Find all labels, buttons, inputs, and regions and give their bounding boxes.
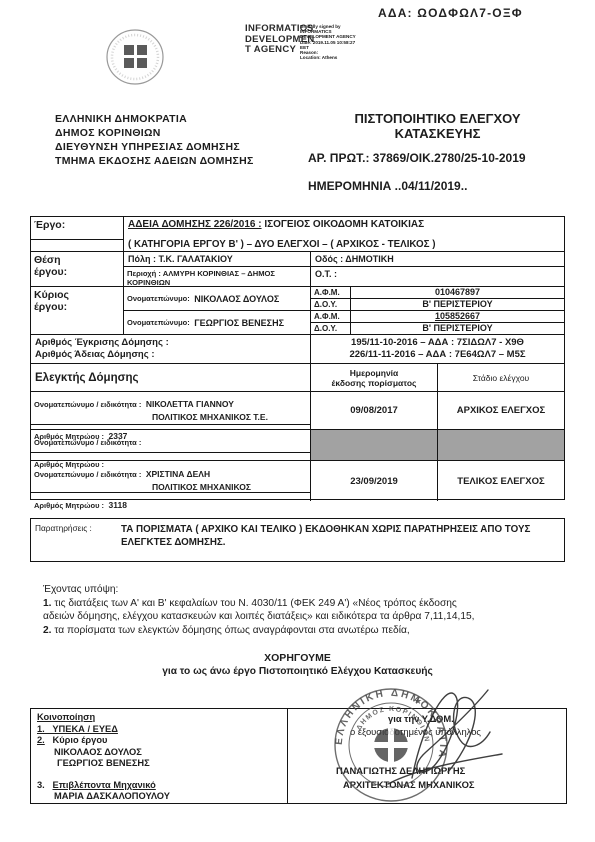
inspection-date-empty: [311, 430, 438, 460]
row-owner: Κύριος έργου: Ονοματεπώνυμο: ΝΙΚΟΛΑΟΣ ΔΟ…: [31, 286, 564, 334]
project-table: Έργο: ΑΔΕΙΑ ΔΟΜΗΣΗΣ 226/2016 : ΙΣΟΓΕΙΟΣ …: [30, 216, 565, 500]
registry-value: 3118: [108, 500, 126, 510]
letterhead-line: ΤΜΗΜΑ ΕΚΔΟΣΗΣ ΑΔΕΙΩΝ ΔΟΜΗΣΗΣ: [55, 154, 254, 168]
inspection-stage: ΑΡΧΙΚΟΣ ΕΛΕΓΧΟΣ: [438, 392, 564, 429]
stage-col-header: Στάδιο ελέγχου: [438, 364, 564, 391]
street-value: Οδός : ΔΗΜΟΤΙΚΗ: [311, 252, 564, 266]
license-value: 226/11-11-2016 – ΑΔΑ : 7Ε64ΩΛ7 – Μ5Σ: [313, 349, 562, 361]
distribution-item: 2. Κύριο έργου: [37, 735, 281, 747]
distribution-owner: ΓΕΩΡΓΙΟΣ ΒΕΝΕΣΗΣ: [57, 758, 281, 770]
approval-label: Αριθμός Έγκρισης Δόμησης :: [35, 337, 306, 349]
distribution-owner: ΝΙΚΟΛΑΟΣ ΔΟΥΛΟΣ: [54, 747, 281, 759]
letterhead-line: ΕΛΛΗΝΙΚΗ ΔΗΜΟΚΡΑΤΙΑ: [55, 112, 254, 126]
date-col-header: Ημερομηνία: [311, 368, 437, 378]
considerations-item: 2. τα πορίσματα των ελεγκτών δόμησης όπω…: [43, 624, 568, 638]
item-text: Κύριο έργου: [53, 735, 108, 745]
distribution-item: 1. ΥΠΕΚΑ / ΕΥΕΔ: [37, 724, 281, 736]
inspection-stage-empty: [438, 430, 564, 460]
handwritten-signature: [360, 680, 510, 795]
remarks-box: Παρατηρήσεις : ΤΑ ΠΟΡΙΣΜΑΤΑ ( ΑΡΧΙΚΟ ΚΑΙ…: [30, 518, 565, 562]
afm-label: Α.Φ.Μ.: [311, 311, 351, 322]
block-value: Ο.Τ. :: [311, 267, 564, 289]
letterhead: ΕΛΛΗΝΙΚΗ ΔΗΜΟΚΡΑΤΙΑ ΔΗΜΟΣ ΚΟΡΙΝΘΙΩΝ ΔΙΕΥ…: [55, 112, 254, 168]
permit-number: ΑΔΕΙΑ ΔΟΜΗΣΗΣ 226/2016 :: [128, 219, 262, 230]
inspector-name-label: Ονοματεπώνυμο / ειδικότητα :: [34, 470, 141, 479]
inspector-name: ΧΡΙΣΤΙΝΑ ΔΕΛΗ: [146, 469, 210, 479]
owner-label-cell: Κύριος έργου:: [31, 287, 124, 334]
row-location: Θέση έργου: Πόλη : Τ.Κ. ΓΑΛΑΤΑΚΙΟΥ Οδός …: [31, 251, 564, 286]
sig-line: DEVELOPMENT AGENCY: [300, 34, 356, 39]
row-approvals: Αριθμός Έγκρισης Δόμησης : Αριθμός Άδεια…: [31, 334, 564, 363]
inspection-stage: ΤΕΛΙΚΟΣ ΕΛΕΓΧΟΣ: [438, 461, 564, 501]
permit-line: ΑΔΕΙΑ ΔΟΜΗΣΗΣ 226/2016 : ΙΣΟΓΕΙΟΣ ΟΙΚΟΔΟ…: [128, 219, 560, 230]
doy-label: Δ.Ο.Υ.: [311, 323, 351, 334]
item-text: Επιβλέποντα Μηχανικό: [53, 780, 156, 790]
inspector-specialty: ΠΟΛΙΤΙΚΟΣ ΜΗΧΑΝΙΚΟΣ: [152, 482, 307, 492]
remarks-line: ΤΑ ΠΟΡΙΣΜΑΤΑ ( ΑΡΧΙΚΟ ΚΑΙ ΤΕΛΙΚΟ ) ΕΚΔΟΘ…: [121, 523, 560, 536]
remarks-line: ΕΛΕΓΚΤΕΣ ΔΟΜΗΣΗΣ.: [121, 536, 560, 549]
inspection-date: 23/09/2019: [311, 461, 438, 501]
item-text: τις διατάξεις των Α' και Β' κεφαλαίων το…: [54, 598, 456, 609]
afm-label: Α.Φ.Μ.: [311, 287, 351, 298]
city-value: Πόλη : Τ.Κ. ΓΑΛΑΤΑΚΙΟΥ: [124, 252, 311, 266]
date-col-header: έκδοσης πορίσματος: [311, 378, 437, 388]
doy-value: Β' ΠΕΡΙΣΤΕΡΙΟΥ: [351, 323, 564, 334]
considerations-item: 1. τις διατάξεις των Α' και Β' κεφαλαίων…: [43, 597, 568, 611]
inspector-name-label: Ονοματεπώνυμο / ειδικότητα :: [34, 438, 141, 447]
inspector-specialty: ΠΟΛΙΤΙΚΟΣ ΜΗΧΑΝΙΚΟΣ Τ.Ε.: [152, 412, 307, 422]
considerations: Έχοντας υπόψη: 1. τις διατάξεις των Α' κ…: [43, 583, 568, 637]
owner-1: Ονοματεπώνυμο: ΝΙΚΟΛΑΟΣ ΔΟΥΛΟΣ Α.Φ.Μ. 01…: [124, 287, 564, 310]
location-label-cell: Θέση έργου:: [31, 252, 124, 286]
registry-label: Αριθμός Μητρώου :: [34, 501, 104, 510]
distribution-item: 3. Επιβλέποντα Μηχανικό: [37, 780, 281, 792]
inspector-name: ΝΙΚΟΛΕΤΤΑ ΓΙΑΝΝΟΥ: [146, 399, 234, 409]
protocol-number: ΑΡ. ΠΡΩΤ.: 37869/ΟΙΚ.2780/25-10-2019: [308, 151, 526, 165]
project-label-cell: Έργο:: [31, 217, 124, 251]
license-label: Αριθμός Άδειας Δόμησης :: [35, 349, 306, 361]
inspector-name-label: Ονοματεπώνυμο / ειδικότητα :: [34, 400, 141, 409]
remarks-label: Παρατηρήσεις :: [31, 519, 119, 561]
document-page: ΑΔΑ: ΩΟΔΦΩΛ7-ΟΞΦ INFORMATICS DEVELOPMEN …: [0, 0, 595, 842]
item-number: 3.: [37, 780, 45, 790]
owner-label: έργου:: [34, 301, 120, 313]
approval-value: 195/11-10-2016 – ΑΔΑ : 7ΣΙΔΩΛ7 - Χ9Θ: [313, 337, 562, 349]
considerations-item: αδειών δόμησης, ελέγχου κατασκευών και λ…: [43, 610, 568, 624]
project-label: Έργο:: [31, 217, 123, 240]
inspector-row-1: Ονοματεπώνυμο / ειδικότητα : ΝΙΚΟΛΕΤΤΑ Γ…: [31, 391, 564, 429]
doy-label: Δ.Ο.Υ.: [311, 299, 351, 310]
owner-name: ΝΙΚΟΛΑΟΣ ΔΟΥΛΟΣ: [194, 294, 279, 304]
area-value: Περιοχή : ΑΛΜΥΡΗ ΚΟΡΙΝΘΙΑΣ – ΔΗΜΟΣ ΚΟΡΙΝ…: [124, 267, 311, 289]
distribution-title: Κοινοποίηση: [37, 712, 281, 724]
doy-value: Β' ΠΕΡΙΣΤΕΡΙΟΥ: [351, 299, 564, 310]
owner-name-label: Ονοματεπώνυμο:: [127, 318, 190, 327]
item-number: 1.: [43, 598, 52, 609]
row-project: Έργο: ΑΔΕΙΑ ΔΟΜΗΣΗΣ 226/2016 : ΙΣΟΓΕΙΟΣ …: [31, 217, 564, 251]
sig-line: Location: Athens: [300, 55, 356, 60]
document-title: ΠΙΣΤΟΠΟΙΗΤΙΚΟ ΕΛΕΓΧΟΥ ΚΑΤΑΣΚΕΥΗΣ: [305, 111, 570, 141]
location-label: έργου:: [34, 266, 120, 278]
location-label: Θέση: [34, 254, 120, 266]
letterhead-line: ΔΗΜΟΣ ΚΟΡΙΝΘΙΩΝ: [55, 126, 254, 140]
title-line: ΠΙΣΤΟΠΟΙΗΤΙΚΟ ΕΛΕΓΧΟΥ: [305, 111, 570, 126]
owner-2: Ονοματεπώνυμο: ΓΕΩΡΓΙΟΣ ΒΕΝΕΣΗΣ Α.Φ.Μ. 1…: [124, 310, 564, 334]
owner-name: ΓΕΩΡΓΙΟΣ ΒΕΝΕΣΗΣ: [194, 318, 284, 328]
permit-description: ΙΣΟΓΕΙΟΣ ΟΙΚΟΔΟΜΗ ΚΑΤΟΙΚΙΑΣ: [262, 219, 425, 230]
owner-name-label: Ονοματεπώνυμο:: [127, 294, 190, 303]
inspectors-header: Ελεγκτής Δόμησης Ημερομηνία έκδοσης πορί…: [31, 363, 564, 391]
inspector-col-header: Ελεγκτής Δόμησης: [31, 364, 311, 391]
distribution-box: Κοινοποίηση 1. ΥΠΕΚΑ / ΕΥΕΔ 2. Κύριο έργ…: [31, 709, 288, 803]
distribution-engineer: ΜΑΡΙΑ ΔΑΣΚΑΛΟΠΟΥΛΟΥ: [54, 791, 281, 803]
item-text: τα πορίσματα των ελεγκτών δόμησης όπως α…: [54, 625, 409, 636]
title-line: ΚΑΤΑΣΚΕΥΗΣ: [305, 126, 570, 141]
item-number: 2.: [37, 735, 45, 745]
letterhead-line: ΔΙΕΥΘΥΝΣΗ ΥΠΗΡΕΣΙΑΣ ΔΟΜΗΣΗΣ: [55, 140, 254, 154]
digital-signature-details: Digitally signed by INFORMATICS DEVELOPM…: [300, 24, 356, 60]
afm-value: 105852667: [351, 311, 564, 322]
inspector-row-2: Ονοματεπώνυμο / ειδικότητα : Αριθμός Μητ…: [31, 429, 564, 460]
ada-code: ΑΔΑ: ΩΟΔΦΩΛ7-ΟΞΦ: [378, 6, 568, 20]
greek-emblem-icon: [104, 28, 166, 88]
grant-subheading: για το ως άνω έργο Πιστοποιητικό Ελέγχου…: [0, 666, 595, 677]
owner-label: Κύριος: [34, 289, 120, 301]
category-line: ( ΚΑΤΗΓΟΡΙΑ ΕΡΓΟΥ Β' ) – ΔΥΟ ΕΛΕΓΧΟΙ – (…: [128, 239, 560, 250]
item-number: 2.: [43, 625, 52, 636]
inspection-date: 09/08/2017: [311, 392, 438, 429]
inspector-row-3: Ονοματεπώνυμο / ειδικότητα : ΧΡΙΣΤΙΝΑ ΔΕ…: [31, 460, 564, 501]
document-date: ΗΜΕΡΟΜΗΝΙΑ ..04/11/2019..: [308, 179, 467, 193]
afm-value: 010467897: [351, 287, 564, 298]
grant-heading: ΧΟΡΗΓΟΥΜΕ: [0, 652, 595, 664]
considerations-intro: Έχοντας υπόψη:: [43, 583, 568, 597]
